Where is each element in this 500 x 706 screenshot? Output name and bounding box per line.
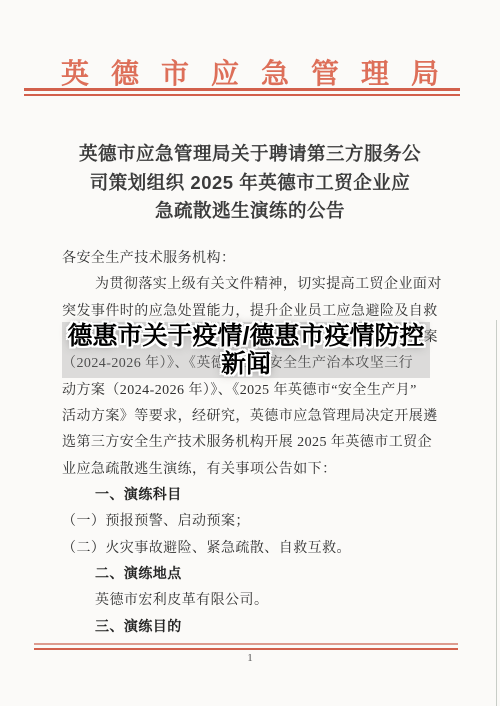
page-number: 1 — [0, 652, 500, 664]
letterhead-divider-rule — [24, 88, 460, 96]
title-line-3: 急疏散逃生演练的公告 — [40, 197, 460, 226]
document-title: 英德市应急管理局关于聘请第三方服务公 司策划组织 2025 年英德市工贸企业应 … — [40, 140, 460, 226]
salutation-line: 各安全生产技术服务机构： — [62, 246, 438, 272]
title-line-1: 英德市应急管理局关于聘请第三方服务公 — [40, 140, 460, 169]
scan-edge-artifact — [496, 320, 498, 706]
document-body: 各安全生产技术服务机构： 为贯彻落实上级有关文件精神，切实提高工贸企业面对 突发… — [62, 246, 438, 641]
letterhead-agency-name: 英德市应急管理局 — [0, 52, 500, 92]
section-heading-3: 三、演练目的 — [62, 615, 438, 641]
body-line: （二）火灾事故避险、紧急疏散、自救互救。 — [62, 536, 438, 562]
body-line: 动方案（2024-2026 年）》、《2025 年英德市“安全生产月” — [62, 378, 438, 404]
section-heading-2: 二、演练地点 — [62, 562, 438, 588]
body-line: （一）预报预警、启动预案； — [62, 509, 438, 535]
body-line: 业应急疏散逃生演练，有关事项公告如下： — [62, 457, 438, 483]
body-line: 选第三方安全生产技术服务机构开展 2025 年英德市工贸企 — [62, 430, 438, 456]
footer-divider-rule — [34, 643, 458, 650]
section-heading-1: 一、演练科目 — [62, 483, 438, 509]
body-line: 英德市宏利皮革有限公司。 — [62, 588, 438, 614]
document-page: 英德市应急管理局 英德市应急管理局关于聘请第三方服务公 司策划组织 2025 年… — [0, 0, 500, 706]
body-line: 活动方案》等要求，经研究，英德市应急管理局决定开展遴 — [62, 404, 438, 430]
title-line-2: 司策划组织 2025 年英德市工贸企业应 — [40, 169, 460, 198]
overlay-watermark-text: 德惠市关于疫情/德惠市疫情防控新闻 — [62, 322, 430, 378]
body-line: 为贯彻落实上级有关文件精神，切实提高工贸企业面对 — [62, 272, 438, 298]
